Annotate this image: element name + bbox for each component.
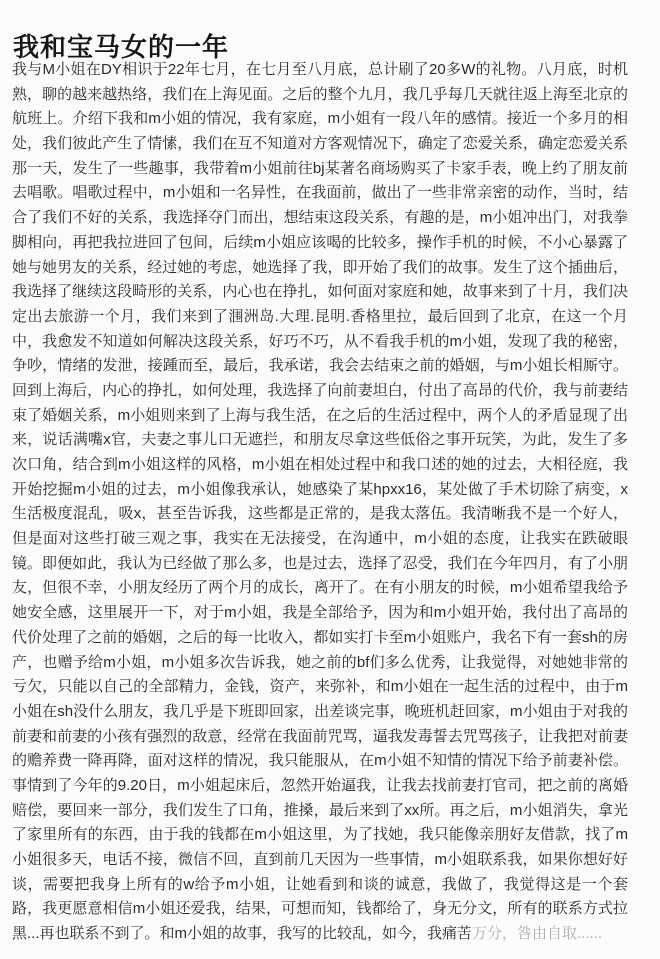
- body-line: 但是面对这些打破三观之事，我实在无法接受，在沟通中，m小姐的态度，让我实在跌破眼: [12, 527, 628, 552]
- body-line: 合了我们不好的关系，我选择夺门而出，想结束这段关系，有趣的是，m小姐冲出门，对我…: [12, 206, 628, 231]
- body-line: 回到上海后，内心的挣扎，如何处理，我选择了向前妻坦白，付出了高昂的代价，我与前妻…: [12, 379, 628, 404]
- body-line: 我选择了继续这段畸形的关系，内心也在挣扎，如何面对家庭和她，故事来到了十月，我们…: [12, 280, 628, 305]
- body-line: 她与她男友的关系，经过她的考虑，她选择了我，即开始了我们的故事。发生了这个插曲后…: [12, 256, 628, 281]
- body-line: 我与M小姐在DY相识于22年七月，在七月至八月底，总计刷了20多W的礼物。八月底…: [12, 58, 628, 83]
- body-line: 了家里所有的东西，由于我的钱都在m小姐这里，为了找她，我只能像亲朋好友借款，找了…: [12, 823, 628, 848]
- body-line: 定出去旅游一个月，我们来到了涠洲岛.大理.昆明.香格里拉，最后回到了北京，在这一…: [12, 305, 628, 330]
- body-line: 处，我们彼此产生了情愫，我们在互不知道对方客观情况下，确定了恋爱关系，确定恋爱关…: [12, 132, 628, 157]
- body-line: 镜。即便如此，我认为已经做了那么多，也是过去，选择了忍受，我们在今年四月，有了小…: [12, 552, 628, 577]
- body-line: 脚相向，再把我拉进回了包间，后续m小姐应该喝的比较多，操作手机的时候，不小心暴露…: [12, 231, 628, 256]
- body-line: 开始挖掘m小姐的过去，m小姐像我承认，她感染了某hpxx16，某处做了手术切除了…: [12, 478, 628, 503]
- body-line: 代价处理了之前的婚姻，之后的每一比收入，都如实打卡至m小姐账户，我名下有一套sh…: [12, 626, 628, 651]
- body-line: 那一天，发生了一些趣事，我带着m小姐前往bj某著名商场购买了卡家手表，晚上约了朋…: [12, 157, 628, 182]
- body-line: 生活极度混乱，吸x，甚至告诉我，这些都是正常的，是我太落伍。我清晰我不是一个好人…: [12, 502, 628, 527]
- body-line: 前妻和前妻的小孩有强烈的敌意，经常在我面前咒骂，逼我发毒誓去咒骂孩子，让我把对前…: [12, 725, 628, 750]
- body-line: 争吵，情绪的发泄，接踵而至，最后，我承诺，我会去结束之前的婚姻，与m小姐长相厮守…: [12, 354, 628, 379]
- body-line: 友，但很不幸，小朋友经历了两个月的成长，离开了。在有小朋友的时候，m小姐希望我给…: [12, 576, 628, 601]
- body-line: 中，我愈发不知道如何解决这段关系，好巧不巧，从不看我手机的m小姐，发现了我的秘密…: [12, 330, 628, 355]
- body-line: 的赡养费一降再降，面对这样的情况，我只能服从，在m小姐不知情的情况下给予前妻补偿…: [12, 749, 628, 774]
- body-line: 路，我更愿意相信m小姐还爱我，结果，可想而知，钱都给了，身无分文，所有的联系方式…: [12, 897, 628, 922]
- body-line: 黑...再也联系不到了。和m小姐的故事，我写的比较乱，如今，我痛苦万分，咎由自取…: [12, 922, 628, 947]
- body-line: 去唱歌。唱歌过程中，m小姐和一名异性，在我面前，做出了一些非常亲密的动作，当时，…: [12, 181, 628, 206]
- body-line: 产，也赠予给m小姐，m小姐多次告诉我，她之前的bf们多么优秀，让我觉得，对她她非…: [12, 651, 628, 676]
- body-line: 航班上。介绍下我和m小姐的情况，我有家庭，m小姐有一段八年的感情。接近一个多月的…: [12, 107, 628, 132]
- body-line: 亏欠，只能以自己的全部精力，金钱，资产，来弥补，和m小姐在一起生活的过程中，由于…: [12, 675, 628, 700]
- body-line: 她安全感，这里展开一下，对于m小姐，我是全部给予，因为和m小姐开始，我付出了高昂…: [12, 601, 628, 626]
- body-line: 次口角，结合到m小姐这样的风格，m小姐在相处过程中和我口述的她的过去，大相径庭，…: [12, 453, 628, 478]
- body-line: 熟，聊的越来越热络，我们在上海见面。之后的整个九月，我几乎每几天就往返上海至北京…: [12, 83, 628, 108]
- body-line: 小姐很多天，电话不接，微信不回，直到前几天因为一些事情，m小姐联系我，如果你想好…: [12, 848, 628, 873]
- body-line: 事情到了今年的9.20日，m小姐起床后，忽然开始逼我，让我去找前妻打官司，把之前…: [12, 774, 628, 799]
- body-line: 谈，需要把我身上所有的w给予m小姐，让她看到和谈的诚意，我做了，我觉得这是一个套: [12, 873, 628, 898]
- body-text: 我与M小姐在DY相识于22年七月，在七月至八月底，总计刷了20多W的礼物。八月底…: [12, 58, 628, 947]
- body-line: 赔偿，要回来一部分，我们发生了口角，推搡，最后来到了xx所。再之后，m小姐消失，…: [12, 799, 628, 824]
- body-line: 小姐在sh没什么朋友，我几乎是下班即回家，出差谈完事，晚班机赶回家，m小姐由于对…: [12, 700, 628, 725]
- body-line: 来，说话满嘴x官，夫妻之事儿口无遮拦，和朋友尽拿这些低俗之事开玩笑，为此，发生了…: [12, 428, 628, 453]
- body-line: 束了婚姻关系，m小姐则来到了上海与我生活，在之后的生活过程中，两个人的矛盾显现了…: [12, 404, 628, 429]
